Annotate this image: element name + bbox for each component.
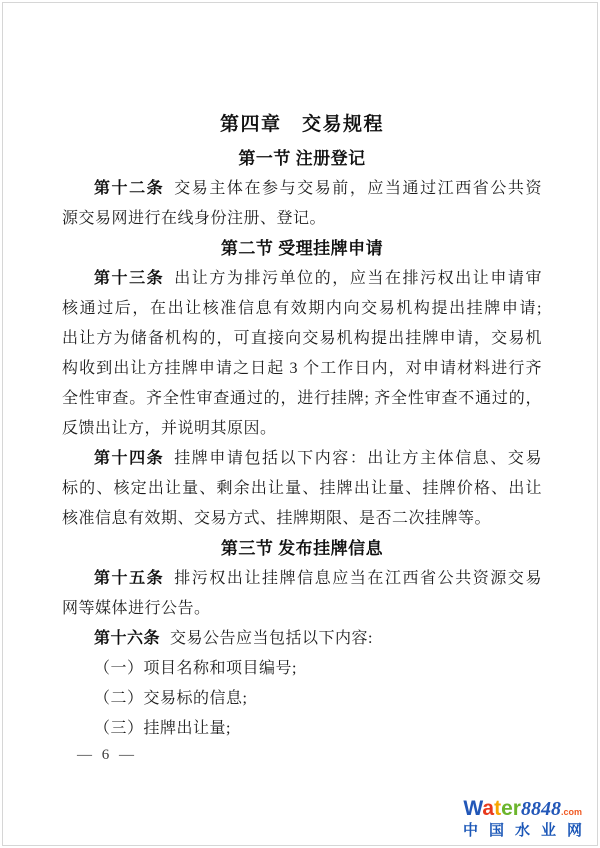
- article-12-line-2: 源交易网进行在线身份注册、登记。: [62, 204, 542, 234]
- logo-tld-com: .com: [561, 807, 582, 817]
- document-content: 第四章 交易规程 第一节 注册登记 第十二条交易主体在参与交易前，应当通过江西省…: [62, 106, 542, 744]
- article-13-line-4: 构收到出让方挂牌申请之日起 3 个工作日内，对申请材料进行齐: [62, 354, 542, 384]
- document-page: 第四章 交易规程 第一节 注册登记 第十二条交易主体在参与交易前，应当通过江西省…: [2, 2, 598, 846]
- logo-letter-r: r: [513, 797, 521, 820]
- article-14-line-1: 第十四条挂牌申请包括以下内容：出让方主体信息、交易: [62, 444, 542, 474]
- article-12-text: 交易主体在参与交易前，应当通过江西省公共资: [174, 180, 542, 197]
- article-15-line-2: 网等媒体进行公告。: [62, 594, 542, 624]
- article-16-line-1: 第十六条交易公告应当包括以下内容:: [62, 624, 542, 654]
- article-13-number: 第十三条: [94, 270, 164, 287]
- article-13-text: 出让方为排污单位的，应当在排污权出让申请审: [174, 270, 542, 287]
- list-item-2: （二）交易标的信息;: [62, 684, 542, 714]
- list-item-3: （三）挂牌出让量;: [62, 714, 542, 744]
- article-12-number: 第十二条: [94, 180, 164, 197]
- article-14-line-2: 标的、核定出让量、剩余出让量、挂牌出让量、挂牌价格、出让: [62, 474, 542, 504]
- chapter-heading: 第四章 交易规程: [62, 106, 542, 144]
- logo-letter-w: W: [463, 797, 482, 820]
- article-13-line-1: 第十三条出让方为排污单位的，应当在排污权出让申请审: [62, 264, 542, 294]
- water8848-wordmark: Water8848.com: [463, 798, 582, 819]
- article-16-number: 第十六条: [94, 630, 160, 647]
- list-item-1: （一）项目名称和项目编号;: [62, 654, 542, 684]
- article-14-line-3: 核准信息有效期、交易方式、挂牌期限、是否二次挂牌等。: [62, 504, 542, 534]
- article-15-number: 第十五条: [94, 570, 164, 587]
- section-heading-listing-application: 第二节 受理挂牌申请: [62, 234, 542, 264]
- article-15-line-1: 第十五条排污权出让挂牌信息应当在江西省公共资源交易: [62, 564, 542, 594]
- section-heading-publish-listing-info: 第三节 发布挂牌信息: [62, 534, 542, 564]
- article-14-number: 第十四条: [94, 450, 164, 467]
- logo-number-8848: 8848: [521, 798, 561, 820]
- logo-letter-a: a: [482, 797, 494, 820]
- section-heading-registration: 第一节 注册登记: [62, 144, 542, 174]
- article-15-text: 排污权出让挂牌信息应当在江西省公共资源交易: [174, 570, 542, 587]
- article-12-line-1: 第十二条交易主体在参与交易前，应当通过江西省公共资: [62, 174, 542, 204]
- article-13-line-5: 全性审查。齐全性审查通过的，进行挂牌; 齐全性审查不通过的，: [62, 384, 542, 414]
- article-13-line-2: 核通过后，在出让核准信息有效期内向交易机构提出挂牌申请;: [62, 294, 542, 324]
- water8848-logo: Water8848.com 中国水业网: [463, 798, 582, 838]
- logo-chinese-name: 中国水业网: [463, 823, 593, 838]
- page-number: — 6 —: [77, 747, 137, 764]
- article-16-text: 交易公告应当包括以下内容:: [170, 630, 373, 647]
- article-14-text: 挂牌申请包括以下内容：出让方主体信息、交易: [174, 450, 542, 467]
- article-13-line-3: 出让方为储备机构的，可直接向交易机构提出挂牌申请，交易机: [62, 324, 542, 354]
- article-13-line-6: 反馈出让方，并说明其原因。: [62, 414, 542, 444]
- logo-letter-e: e: [501, 797, 513, 820]
